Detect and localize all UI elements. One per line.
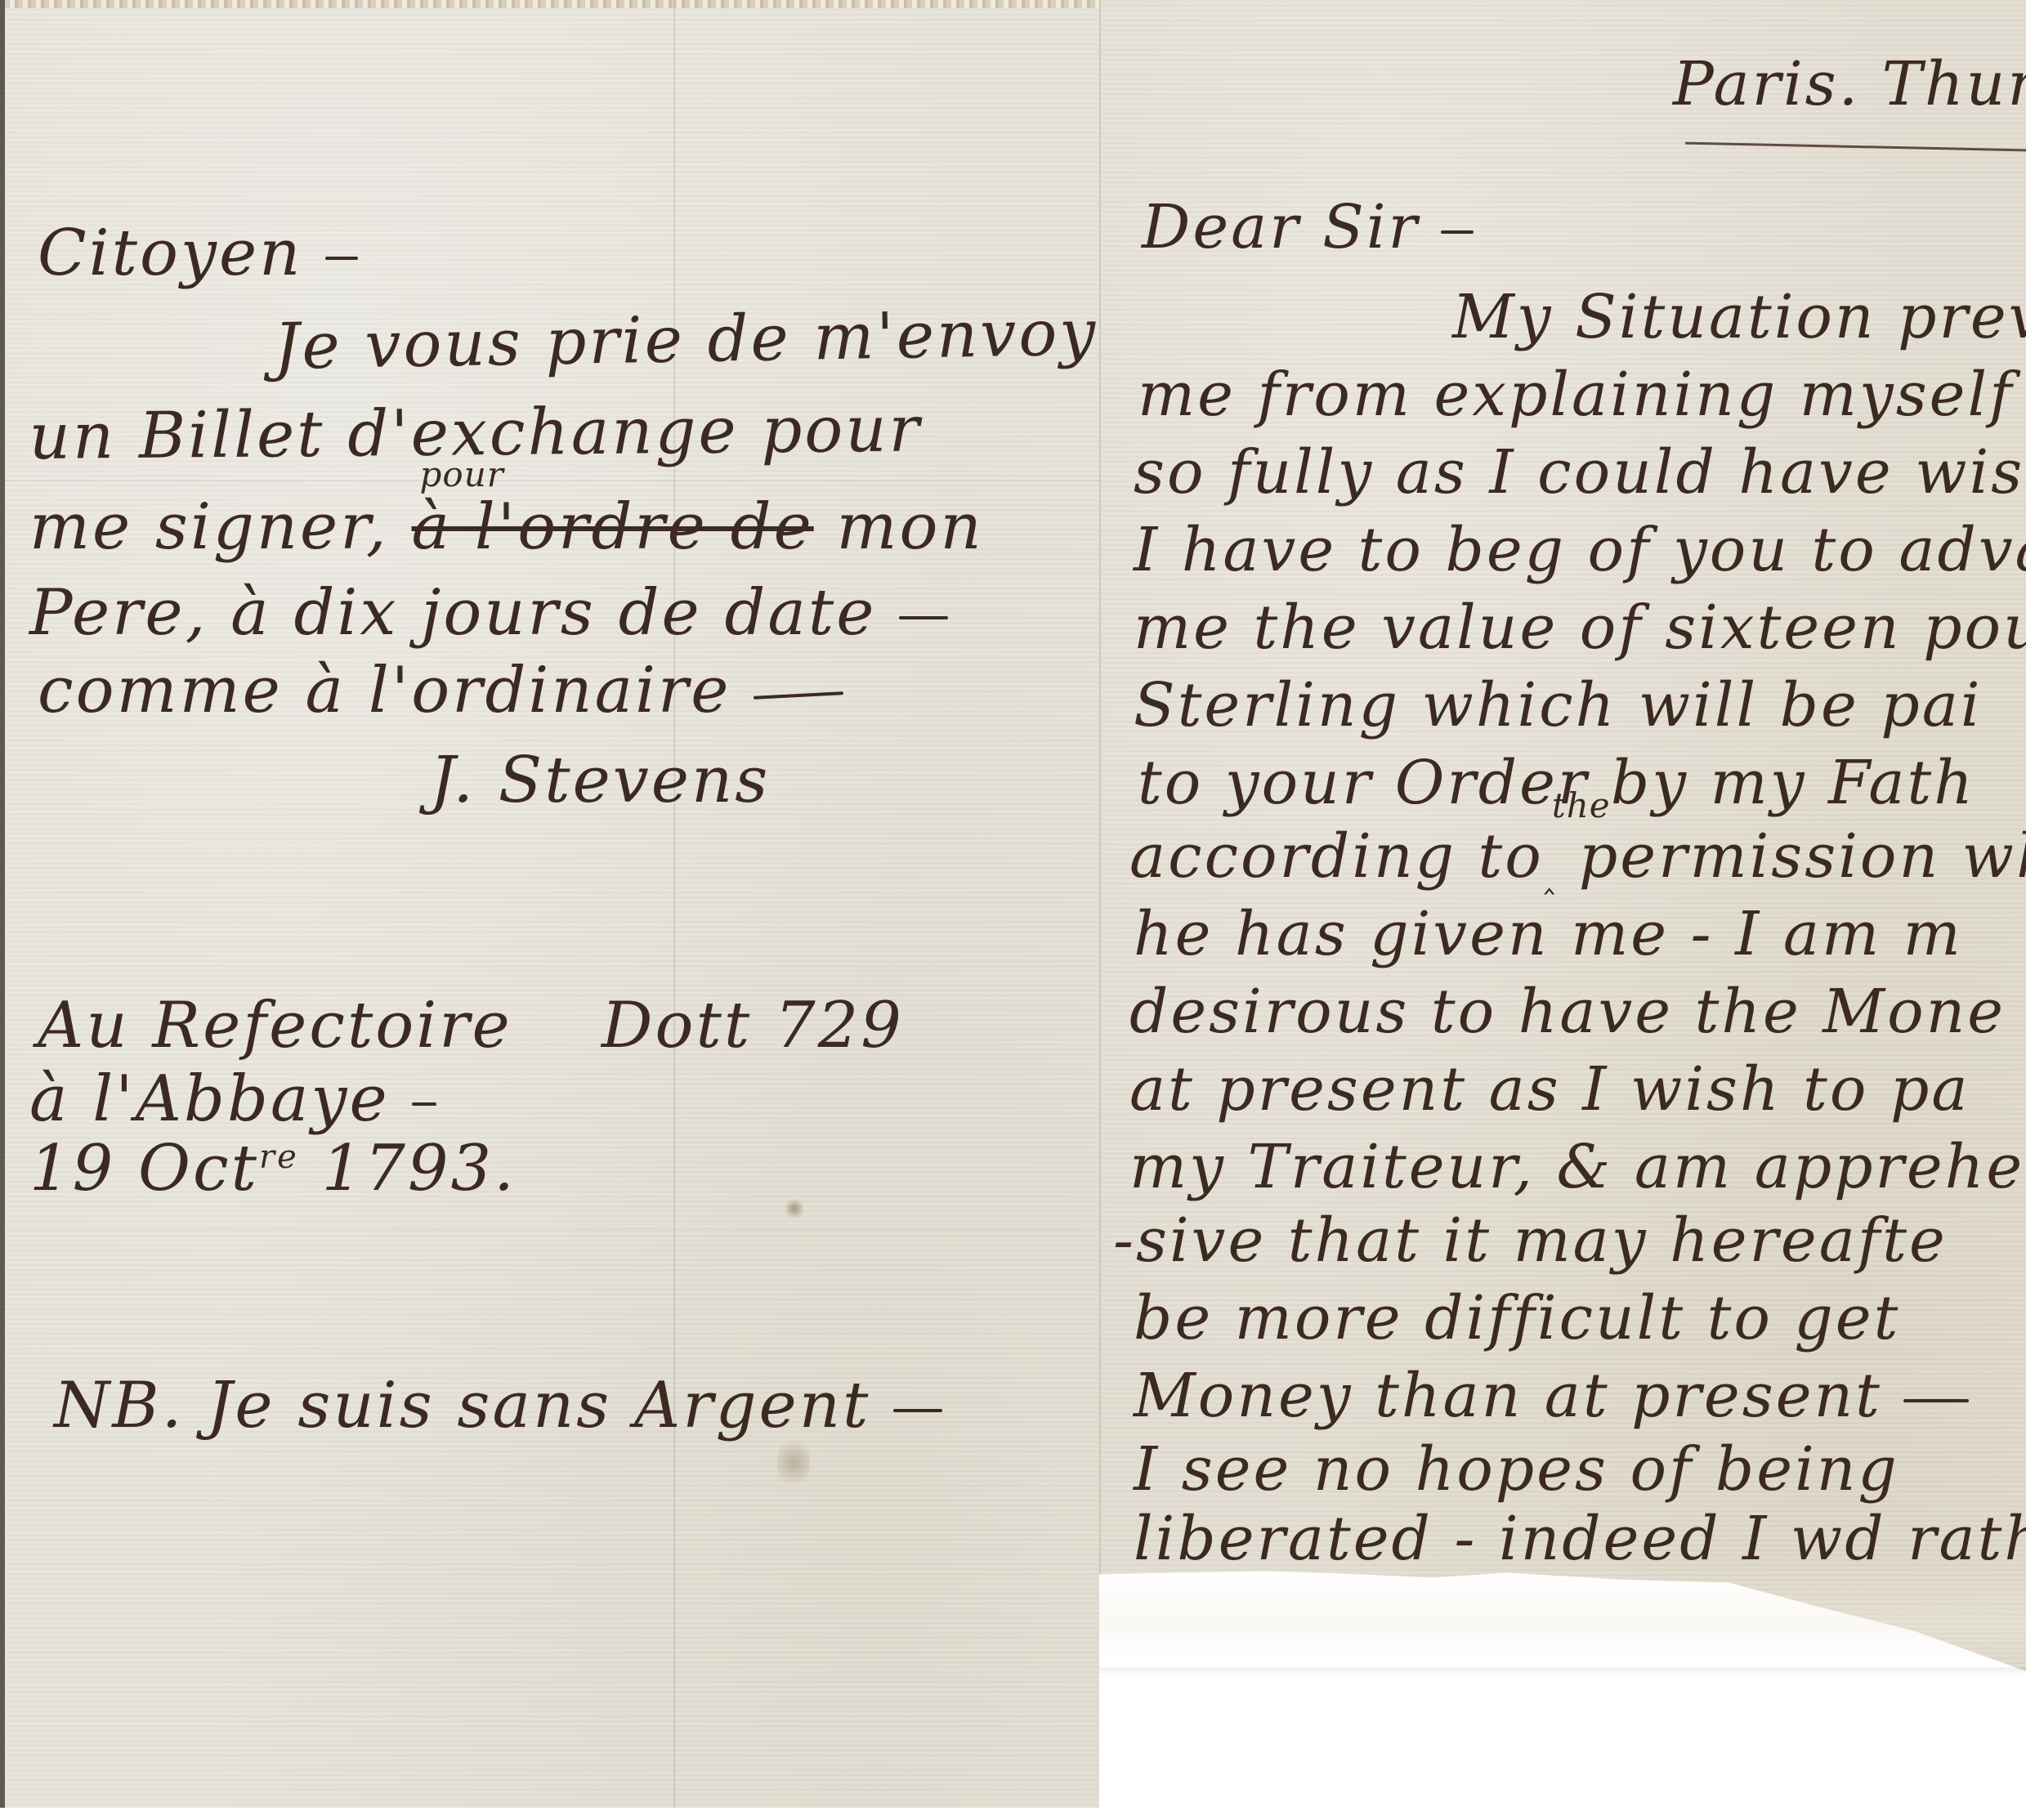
body-line-14: be more difficult to get	[1134, 1283, 1900, 1353]
postscript: NB. Je suis sans Argent	[54, 1369, 942, 1442]
dash-mark	[412, 1102, 436, 1106]
body-line-3-end: mon	[837, 490, 984, 564]
body-line-4-text: Pere, à dix jours de date	[29, 576, 876, 650]
interlinear-insertion: the	[1552, 785, 1611, 825]
body-line-6: Sterling which will be pai	[1134, 670, 1982, 740]
body-line-8-start: according to	[1129, 821, 1544, 892]
date-year: 1793.	[322, 1132, 517, 1205]
left-letter-sheet: Citoyen Je vous prie de m'envoyer un Bil…	[0, 0, 1099, 1808]
body-line-3: so fully as I could have wishe	[1134, 437, 2026, 508]
body-line-1: My Situation prevent	[1452, 282, 2026, 352]
paper-fold-horizontal	[5, 478, 1099, 481]
body-line-3-start: me signer,	[29, 490, 389, 564]
dateline-underline	[1685, 142, 2026, 152]
body-line-9: he has given me - I am m	[1134, 899, 1963, 969]
ink-blot	[785, 1197, 803, 1220]
correction: pour à l'ordre de	[412, 490, 814, 564]
body-line-15-text: Money than at present	[1134, 1361, 1882, 1431]
salutation-text: Citoyen	[38, 217, 302, 290]
postscript-text: NB. Je suis sans Argent	[54, 1369, 870, 1442]
ink-stain	[777, 1434, 810, 1491]
body-line-12: my Traiteur, & am apprehen	[1129, 1132, 2026, 1202]
salutation-text: Dear Sir	[1142, 192, 1420, 262]
correction: ‸the	[1544, 821, 1558, 892]
docket-note: Dott 729	[602, 989, 904, 1062]
body-line-4: Pere, à dix jours de date	[29, 576, 948, 650]
place-line-2-text: à l'Abbaye	[29, 1062, 390, 1136]
dash-mark	[899, 616, 948, 619]
paper-fold-vertical	[673, 0, 676, 1808]
body-line-10: desirous to have the Mone	[1129, 977, 2006, 1047]
body-line-15: Money than at present	[1134, 1361, 1969, 1431]
signature: J. Stevens	[430, 744, 770, 817]
body-line-5: comme à l'ordinaire	[38, 654, 843, 727]
salutation: Dear Sir	[1142, 192, 1474, 262]
dash-mark	[893, 1409, 942, 1412]
dash-mark	[1903, 1399, 1969, 1402]
body-line-3: me signer, pour à l'ordre de mon	[29, 490, 984, 564]
body-line-1: Je vous prie de m'envoyer	[273, 295, 1171, 384]
right-letter-sheet: Paris. Thursd Dear Sir My Situation prev…	[1099, 0, 2026, 1671]
body-line-4: I have to beg of you to advan	[1134, 515, 2026, 585]
paper-shadow	[1099, 1667, 2026, 1677]
body-line-8: according to‸the permission wh	[1129, 821, 2026, 892]
struck-text: à l'ordre de	[412, 490, 814, 564]
dateline: Paris. Thursd	[1673, 49, 2026, 119]
date-line: 19 Octre 1793.	[29, 1132, 517, 1205]
dash-mark	[754, 691, 843, 700]
body-line-8-end: permission wh	[1579, 821, 2026, 892]
body-line-17: liberated - indeed I wd rathe	[1134, 1504, 2026, 1574]
body-line-5: me the value of sixteen pou	[1134, 593, 2026, 663]
place-line-1: Au Refectoire	[38, 989, 512, 1062]
body-line-11: at present as I wish to pa	[1129, 1054, 1970, 1125]
dash-mark	[325, 257, 358, 260]
interlinear-insertion: pour	[420, 454, 504, 494]
date-day-month: 19 Oct	[29, 1132, 259, 1205]
body-line-5-text: comme à l'ordinaire	[38, 654, 731, 727]
body-line-16: I see no hopes of being	[1134, 1434, 1899, 1505]
body-line-2: me from explaining myself	[1138, 360, 2015, 430]
date-superscript: re	[259, 1138, 299, 1176]
caret-mark: ‸	[1544, 857, 1558, 895]
place-line-2: à l'Abbaye	[29, 1062, 436, 1136]
paper-fold-horizontal	[5, 1226, 1099, 1229]
body-line-13: -sive that it may hereafte	[1113, 1205, 1948, 1276]
salutation: Citoyen	[38, 217, 358, 290]
document-scan: Citoyen Je vous prie de m'envoyer un Bil…	[0, 0, 2026, 1820]
dash-mark	[1441, 230, 1474, 234]
